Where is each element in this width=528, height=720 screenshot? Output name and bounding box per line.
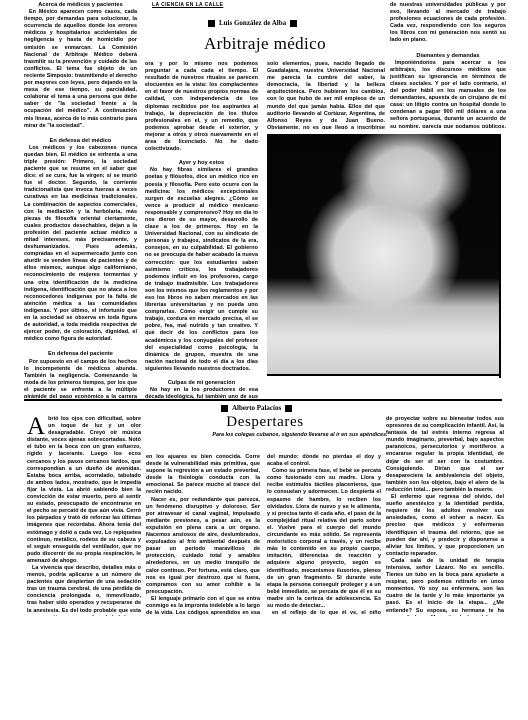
paragraph: No hay fibras similares el grandes poeta…: [145, 167, 258, 373]
paragraph: En México aparecen como casos, cada tiem…: [24, 9, 137, 130]
byline-square-icon: [208, 20, 215, 27]
paragraph: de proyectar sobre su bienestar todos su…: [386, 416, 504, 494]
article2-deck: Para los colegas cubanos, siguiendo llev…: [200, 432, 400, 438]
paragraph: en el reflejo de lo que él ve, el niño p…: [267, 610, 381, 616]
paragraph: El lenguaje primario con el que se entra…: [146, 596, 260, 616]
paragraph: solo elementos, pues, nacido llegado de …: [267, 61, 385, 129]
article2-byline: Alberto Palacios: [221, 404, 292, 412]
article1-title: Arbitraje médico: [140, 34, 390, 54]
paragraph: Los médicos y los cabezones nunca quedan…: [24, 145, 137, 344]
article-divider: [24, 399, 502, 401]
byline-square-icon: [285, 405, 292, 412]
paragraph: brió los ojos con dificultad, sobre un t…: [27, 416, 141, 564]
photo-frame: [499, 134, 501, 378]
byline-square-icon: [221, 405, 228, 412]
article1-left-column: Acerca de médicos y pacientes En México …: [24, 2, 137, 398]
article2-title: Despertares: [180, 414, 350, 431]
paragraph: del mundo: dónde no pierdas el doy y aca…: [267, 454, 381, 468]
subhead: Diamantes y demandas: [390, 53, 506, 60]
byline-square-icon: [290, 20, 297, 27]
article1-author: Luis González de Alba: [219, 19, 286, 27]
article2-column-1: Abrió los ojos con dificultad, sobre un …: [27, 416, 141, 616]
article1-photo: [267, 134, 499, 376]
paragraph: Imponiéndonos para acercar a los arbitra…: [390, 60, 506, 128]
subhead: En defensa del paciente: [24, 351, 137, 358]
section-kicker: LA CIENCIA EN LA CALLE: [152, 2, 223, 8]
article2-column-2: en los ajuares es bien conocida. Corre d…: [146, 454, 260, 616]
subhead: Culpas de mi generación: [145, 380, 258, 387]
article1-middle-column: ora y por lo mismo nos podemos preguntar…: [145, 61, 258, 400]
paragraph: El enfermo que regresa del olvido, del s…: [386, 494, 504, 558]
paragraph: de nuestras universidades públicas y por…: [390, 2, 506, 45]
newspaper-page: LA CIENCIA EN LA CALLE Luis González de …: [0, 0, 528, 720]
article1-right-top-column: solo elementos, pues, nacido llegado de …: [267, 61, 385, 129]
paragraph: ora y por lo mismo nos podemos preguntar…: [145, 61, 258, 153]
article1-right-column: de nuestras universidades públicas y por…: [390, 2, 506, 128]
subhead: Ayer y hoy estos: [145, 160, 258, 167]
paragraph: Como su primera fase, el bebé se percata…: [267, 468, 381, 610]
article2-column-3: del mundo: dónde no pierdas el doy y aca…: [267, 454, 381, 616]
paragraph: Nacer es, por redundante que parezca, un…: [146, 497, 260, 596]
subhead: Acerca de médicos y pacientes: [24, 2, 137, 9]
paragraph: La vivencia que describo, detalles más o…: [27, 565, 141, 616]
subhead: En defensa del médico: [24, 138, 137, 145]
article2-author: Alberto Palacios: [232, 404, 281, 412]
article1-byline: Luis González de Alba: [208, 19, 297, 27]
paragraph: Por supuesto en el campo de los hechos l…: [24, 359, 137, 399]
dropcap: A: [27, 417, 45, 437]
article2-column-4: de proyectar sobre su bienestar todos su…: [386, 416, 504, 616]
paragraph: en los ajuares es bien conocida. Corre d…: [146, 454, 260, 497]
paragraph: Cada sala de la unidad de terapia intens…: [386, 558, 504, 616]
